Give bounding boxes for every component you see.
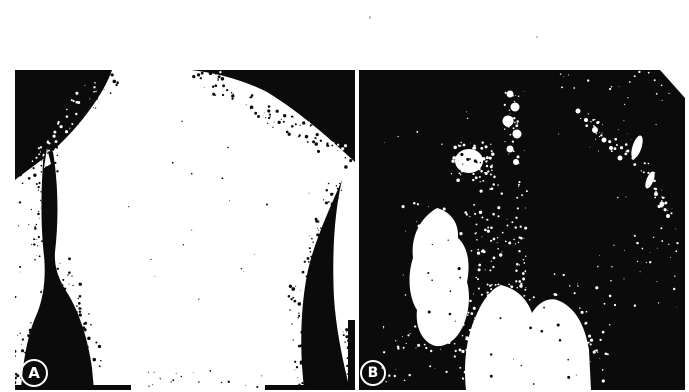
dark-streak-left: [21, 142, 94, 390]
shoulder-shadow-left: [15, 70, 112, 180]
panel-a-artwork: [15, 70, 355, 390]
dark-streak-right: [301, 176, 350, 390]
panel-b-label: B: [368, 365, 379, 381]
shoulder-shadow-right: [191, 70, 355, 162]
panel-a-label: A: [28, 364, 40, 382]
panel-a-label-badge: A: [20, 359, 48, 387]
radiograph-panel-a: A: [15, 70, 355, 390]
contrast-chain-highlight: [503, 91, 522, 166]
scanned-figure-page: A: [0, 0, 689, 392]
radiograph-panel-b: B: [359, 70, 685, 390]
panel-b-label-badge: B: [360, 360, 386, 386]
bottom-edge-bar-right: [265, 385, 355, 390]
two-panel-radiograph-figure: A: [0, 0, 689, 392]
bright-streak-upper: [629, 134, 645, 160]
bottom-white-mass: [465, 285, 591, 390]
panel-b-artwork: [359, 70, 685, 390]
